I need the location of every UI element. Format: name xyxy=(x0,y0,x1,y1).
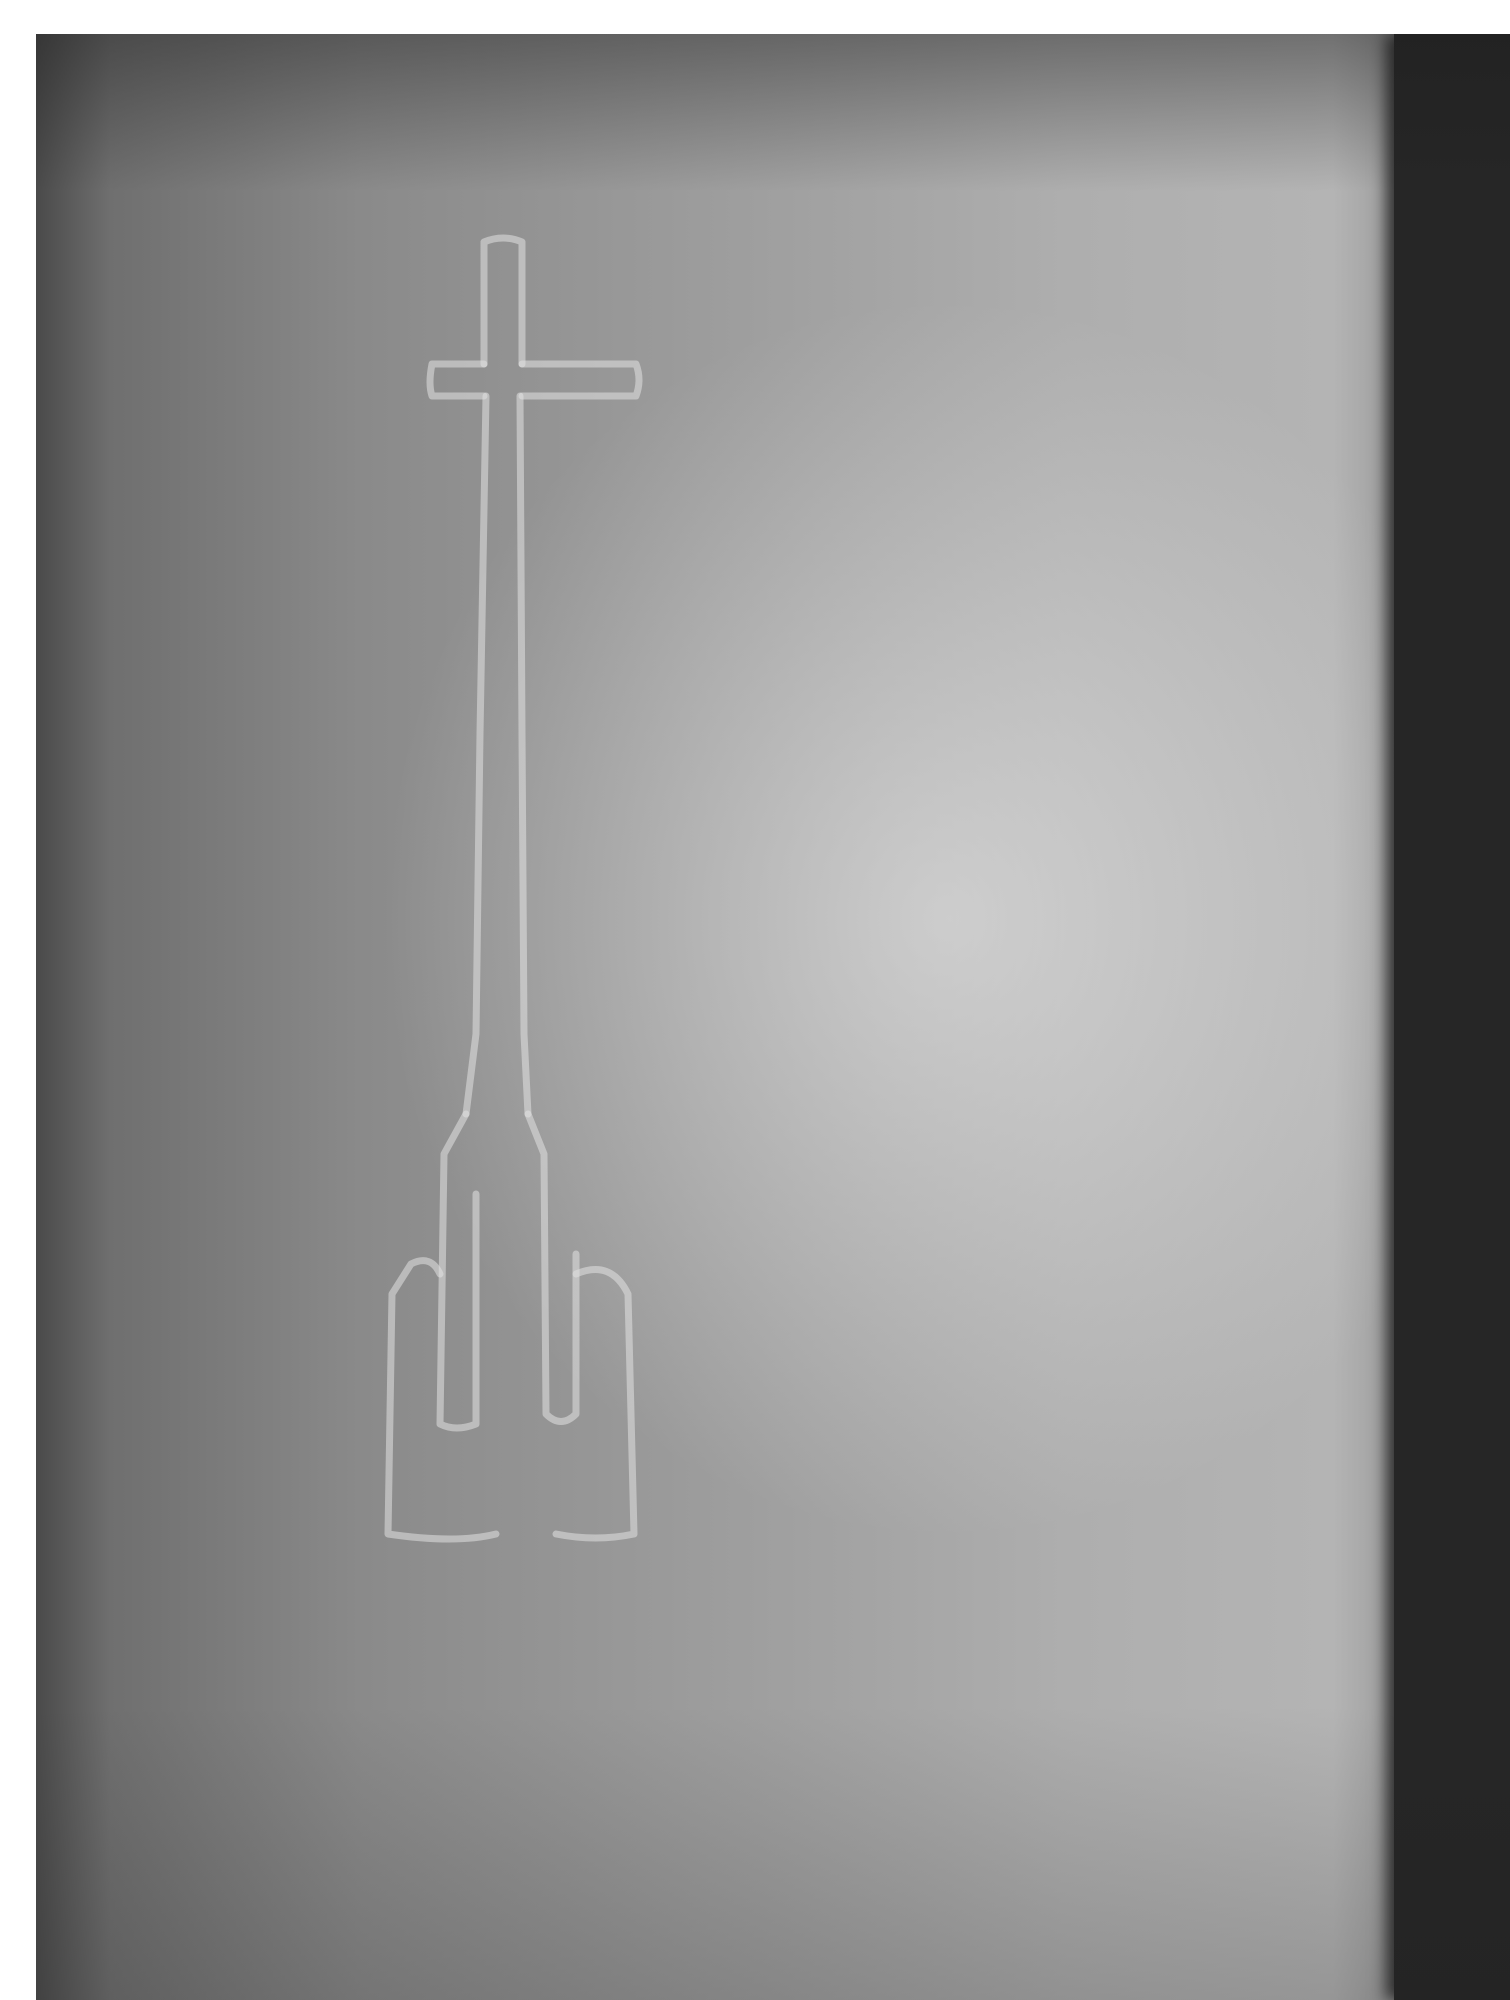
ruler-vertical xyxy=(0,0,34,2000)
ruler-horizontal xyxy=(0,0,1510,34)
background-beyond-page-edge xyxy=(1394,34,1510,2000)
manuscript-scan xyxy=(36,34,1510,2000)
watermark-cross xyxy=(36,34,1510,2000)
